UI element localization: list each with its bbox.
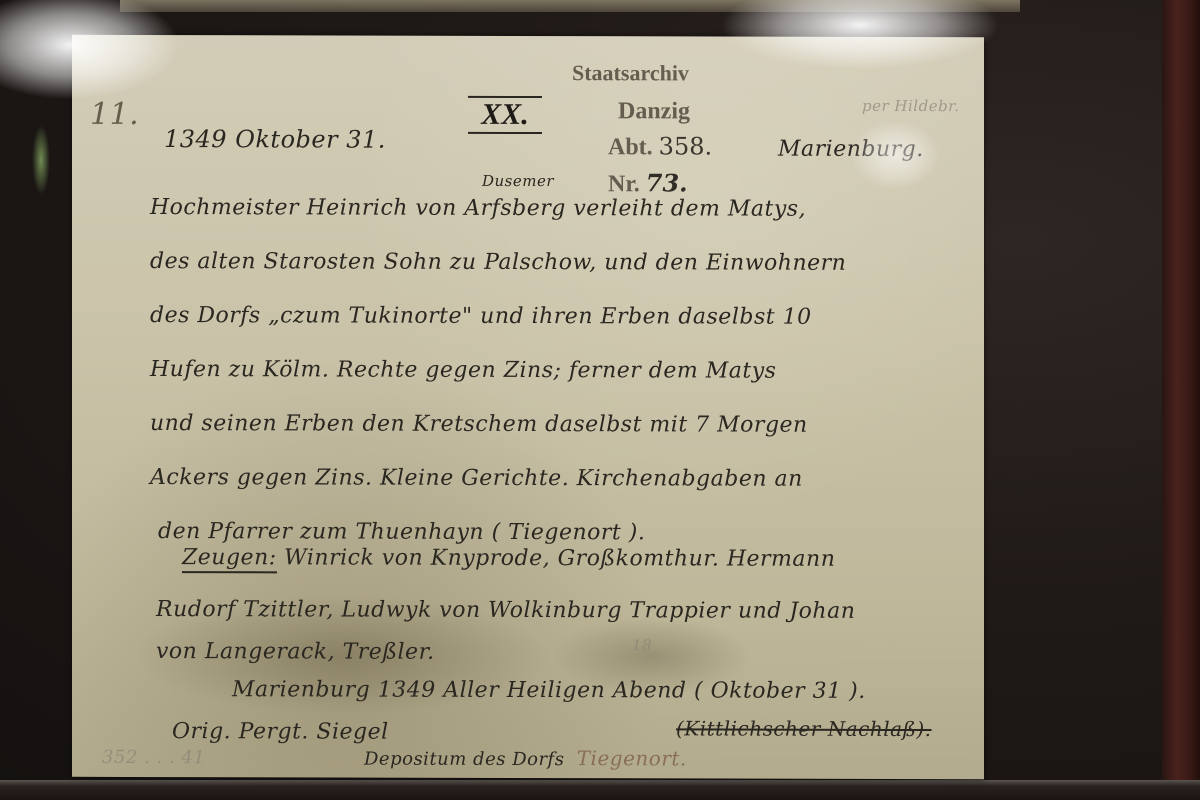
original-note: Orig. Pergt. Siegel <box>172 719 389 745</box>
date-heading: 1349 Oktober 31. <box>164 125 386 154</box>
interlinear-insert: Dusemer <box>482 172 554 190</box>
frame-bottom-edge <box>0 780 1200 800</box>
deposit-text: Depositum des Dorfs <box>364 749 564 771</box>
frame-top-edge <box>120 0 1020 12</box>
stamp-archive-name: Staatsarchiv <box>572 60 689 86</box>
stamp-division: Abt. 358. <box>608 132 712 161</box>
body-line-7: den Pfarrer zum Thuenhayn ( Tiegenort ). <box>158 519 645 545</box>
margin-number: 11. <box>90 97 139 132</box>
stamp-nr-label: Nr. <box>608 171 640 197</box>
witnesses-label: Zeugen: <box>182 545 277 573</box>
stamp-city: Danzig <box>618 98 690 125</box>
stamp-abt-label: Abt. <box>608 134 653 160</box>
body-line-6: Ackers gegen Zins. Kleine Gerichte. Kirc… <box>150 465 803 492</box>
light-reflection <box>32 125 50 195</box>
body-line-3: des Dorfs „czum Tukinorte" und ihren Erb… <box>150 303 812 330</box>
body-line-4: Hufen zu Kölm. Rechte gegen Zins; ferner… <box>150 357 776 384</box>
frame-wood-edge <box>1162 0 1200 800</box>
closing-line: Marienburg 1349 Aller Heiligen Abend ( O… <box>232 677 866 704</box>
stamp-nr-value: 73. <box>646 168 688 197</box>
stamp-number: Nr. 73. <box>608 168 688 198</box>
body-line-2: des alten Starosten Sohn zu Palschow, un… <box>150 249 846 276</box>
witnesses-line-2: Rudorf Tzittler, Ludwyk von Wolkinburg T… <box>156 597 855 624</box>
body-line-5: und seinen Erben den Kretschem daselbst … <box>150 411 808 438</box>
faint-bottom-numbers: 352 . . . 41 <box>102 747 205 768</box>
body-line-1: Hochmeister Heinrich von Arfsberg verlei… <box>150 195 806 222</box>
witnesses-line-1: Winrick von Knyprode, Großkomthur. Herma… <box>284 545 835 571</box>
document-paper: 11. 1349 Oktober 31. XX. Staatsarchiv Da… <box>72 35 984 779</box>
struck-note: (Kittlichscher Nachlaß). <box>676 716 932 741</box>
pencil-note: per Hildebr. <box>862 97 959 115</box>
witnesses-line-3: von Langerack, Treßler. <box>156 639 435 665</box>
witnesses-block: Zeugen: Winrick von Knyprode, Großkomthu… <box>182 545 835 572</box>
place-heading: Marienburg. <box>778 137 924 162</box>
roman-numeral: XX. <box>468 96 542 134</box>
stamp-abt-value: 358. <box>659 132 712 160</box>
deposit-place: Tiegenort. <box>577 746 687 770</box>
faint-pencil-mark: 18 <box>632 636 652 654</box>
deposit-note: Depositum des Dorfs Tiegenort. <box>364 746 687 771</box>
